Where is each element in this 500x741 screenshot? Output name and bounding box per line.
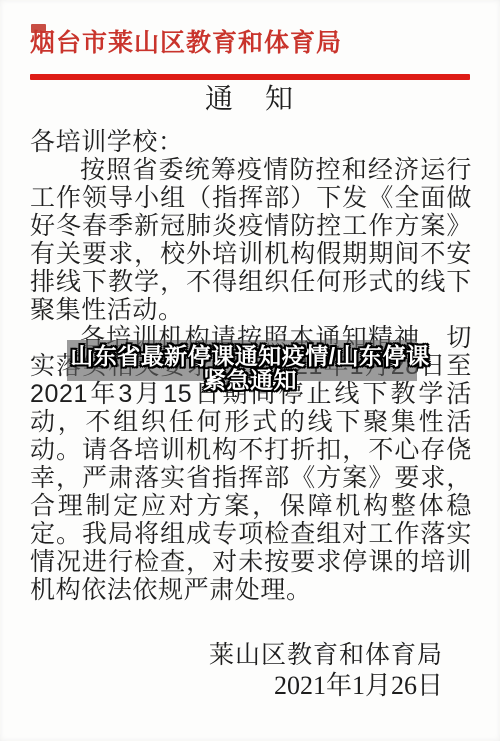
letterhead-org-name: 烟台市莱山区教育和体育局 [30,30,470,57]
notice-title: 通 知 [0,84,500,114]
signature-date: 2021年1月26日 [209,670,443,702]
notice-salutation: 各培训学校： [30,128,472,156]
signature-block: 莱山区教育和体育局 2021年1月26日 [209,640,443,702]
notice-document-photo: 烟台市莱山区教育和体育局 通 知 各培训学校： 按照省委统筹疫情防控和经济运行工… [0,0,500,741]
notice-paragraph: 各培训机构请按照本通知精神，切实落实相关要求，于2021年1月28日至2021年… [30,324,472,604]
notice-paragraph: 按照省委统筹疫情防控和经济运行工作领导小组（指挥部）下发《全面做好冬春季新冠肺炎… [30,156,472,324]
signature-org: 莱山区教育和体育局 [209,640,443,670]
notice-body: 各培训学校： 按照省委统筹疫情防控和经济运行工作领导小组（指挥部）下发《全面做好… [30,128,472,604]
letterhead-rule [30,74,470,80]
